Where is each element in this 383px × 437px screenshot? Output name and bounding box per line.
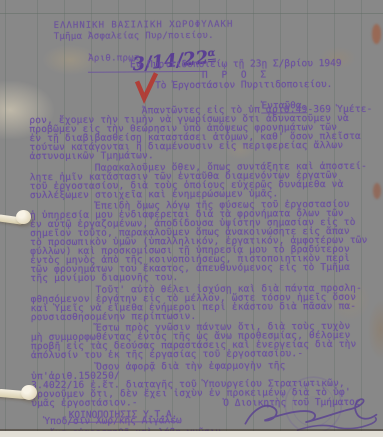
rust-stain-middle xyxy=(373,183,381,199)
red-checkmark-icon xyxy=(133,70,159,102)
typed-content-layer: ΕΛΛΗΝΙΚΗ ΒΑΣΙΛΙΚΗ ΧΩΡΟΦΥΛΑΚΗ Τμῆμα Ἀσφαλ… xyxy=(0,0,383,437)
letter-body: Ἀπαντῶντες εἰς τὸ ὑπ'ἀριθ.49-369 Ὑμέτε- … xyxy=(29,105,378,410)
body-paragraph-4: Τοῦτ' αὐτὸ θέλει ἰσχύσῃ καὶ διὰ πάντα πρ… xyxy=(30,283,377,321)
scanned-letter-page: ΕΛΛΗΝΙΚΗ ΒΑΣΙΛΙΚΗ ΧΩΡΟΦΥΛΑΚΗ Τμῆμα Ἀσφαλ… xyxy=(0,0,383,437)
distribution-recipient: Ὑποδ/σιν Χωρ/κῆς Αἰγάλεω xyxy=(44,415,181,427)
paper-fastener-head-top xyxy=(16,210,31,224)
paper-fastener-head-bottom xyxy=(21,385,37,400)
scan-bottom-edge xyxy=(0,429,383,437)
body-paragraph-2: Παρακαλοῦμεν ὅθεν, ὅπως συντάξητε καὶ ἀπ… xyxy=(30,161,377,199)
rust-stain-top xyxy=(372,24,381,44)
body-paragraph-1: Ἀπαντῶντες εἰς τὸ ὑπ'ἀριθ.49-369 Ὑμέτε- … xyxy=(29,105,376,161)
dateline: Ἐν Πυριτιδοποιείῳ τῇ 23ῃ Σ/βρίου 1949 xyxy=(130,58,342,70)
body-paragraph-3: Ἐπειδὴ ὅμως λόγῳ τῆς φύσεως τοῦ ἐργοστασ… xyxy=(30,200,378,283)
body-paragraph-5: Ἔστω πρὸς γνῶσιν πάντων ὅτι, διὰ τοὺς τυ… xyxy=(31,322,378,360)
